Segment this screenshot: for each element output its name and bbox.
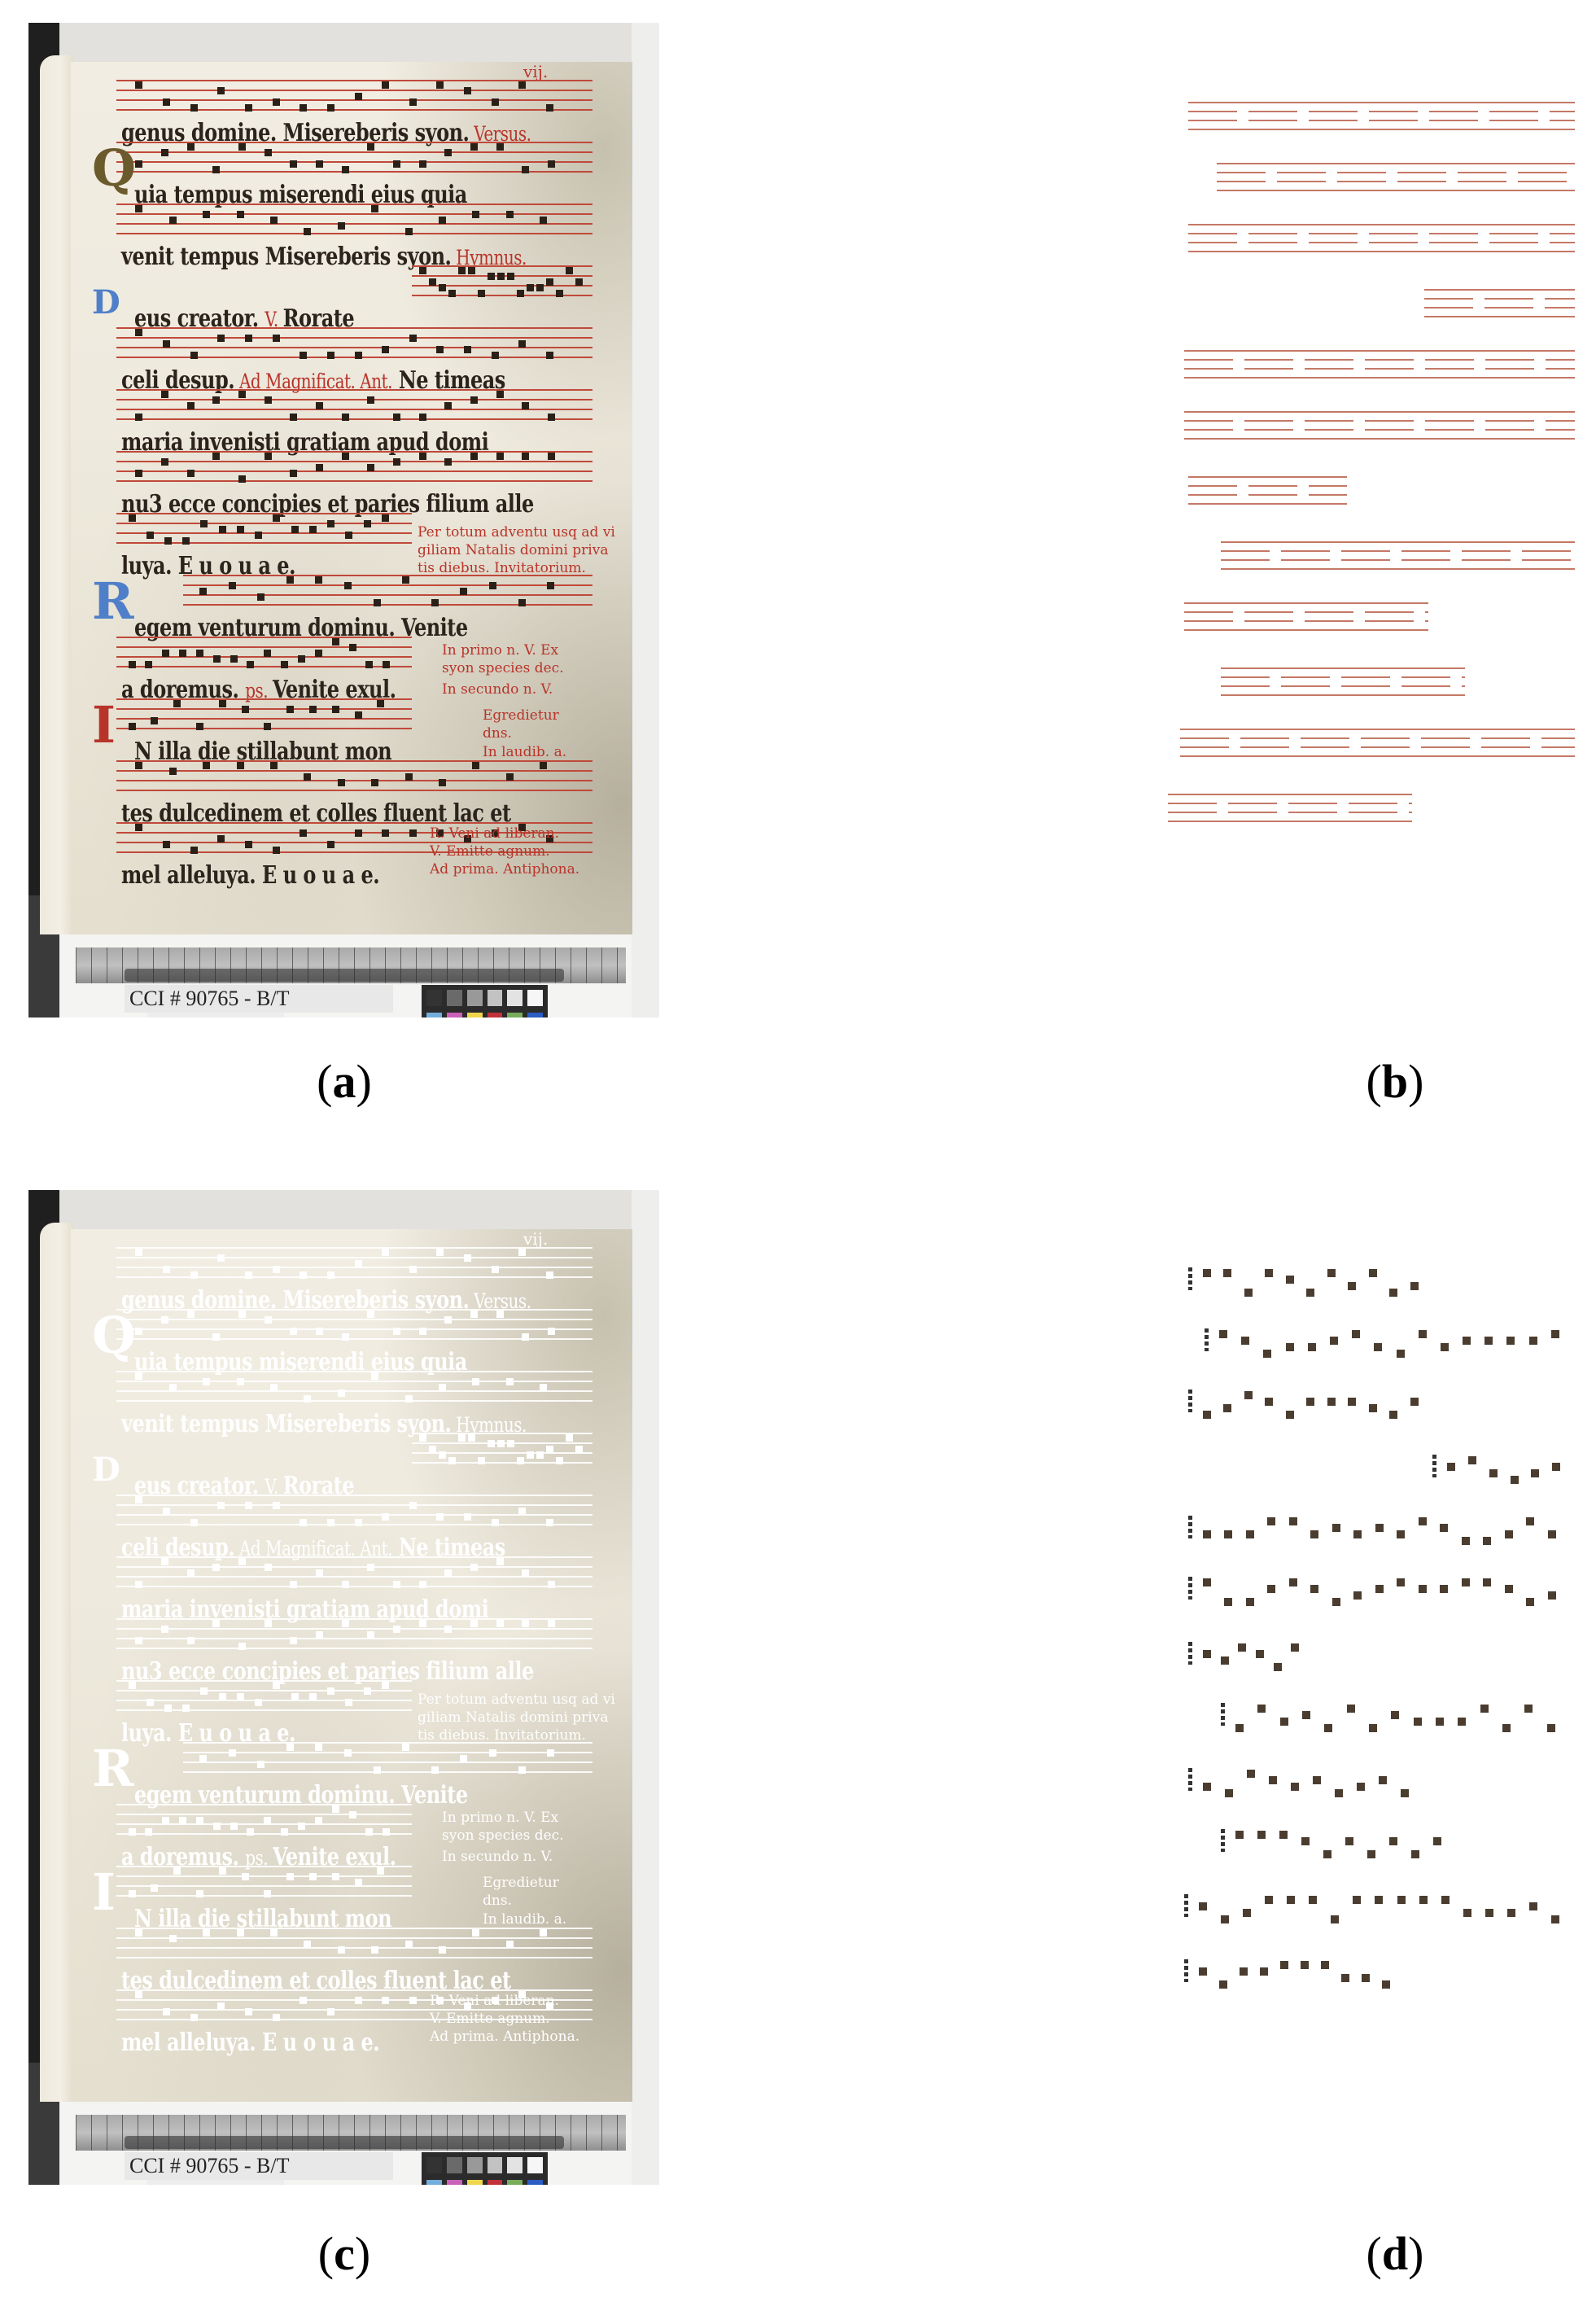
neume-note [355,1519,362,1526]
neume-note [1463,1909,1471,1917]
checker-swatch [507,2157,523,2173]
neume-note [429,278,436,286]
staff-line [116,698,412,700]
neume-note [286,1873,294,1880]
rubric-line: giliam Natalis domini priva [418,541,615,559]
neume-note [212,166,220,173]
panel-b-staff-lines [1156,90,1579,765]
extracted-notes-row [1205,1327,1583,1361]
neume-note [1353,1591,1362,1600]
neume-note [1310,1530,1318,1538]
neume-note [1531,1469,1539,1477]
neume-note [1341,1974,1349,1982]
neume-note [1348,1398,1356,1406]
neume-note [439,1451,446,1459]
staff [116,204,592,238]
staff-line [116,542,412,544]
neume-note [1247,1770,1255,1778]
neume-note [506,1378,514,1385]
neume-note [496,1620,504,1627]
background-top [59,1190,659,1232]
staff-line [116,1381,592,1382]
neume-note [265,149,272,156]
neume-note [1280,1961,1288,1969]
neume-note [355,1879,362,1886]
neume-note [444,149,452,156]
checker-swatch [488,2157,503,2173]
checker-swatch [467,2157,483,2173]
neume-note [470,453,478,460]
staff-line [1184,420,1575,422]
rubric-block: In primo n. V. Exsyon species dec. [442,641,564,677]
neume-note [518,599,526,606]
staff-line [116,1804,412,1805]
neume-note [489,1749,496,1757]
neume-note [393,414,400,421]
rubric-line: giliam Natalis domini priva [418,1709,615,1726]
rubric-line: In secundo n. V. [442,681,553,698]
neume-note [135,824,142,831]
neume-note [374,599,381,606]
checker-swatch [426,2180,442,2185]
color-checker [422,985,548,1018]
neume-note [1411,1850,1419,1858]
neume-note [1267,1585,1275,1593]
neume-note [304,773,311,781]
neume-note [448,290,456,297]
neume-note [382,1513,389,1521]
neume-note [1397,1578,1405,1586]
ms-row: tes dulcedinem et colles fluent lac et [116,760,592,822]
staff-line [1221,685,1465,687]
neume-note [1382,1980,1390,1989]
extracted-notes-row [1188,1575,1579,1609]
neume-note [237,1693,244,1700]
neume-note [300,1997,307,2004]
neume-note [300,352,307,359]
staff-line [1188,476,1347,478]
staff-line [116,1504,592,1506]
neume-note [522,453,529,460]
staff-line [1221,694,1465,696]
neume-note [237,762,244,769]
neume-note [169,1384,177,1391]
ms-row: celi desup. Ad Magnificat. Ant. Ne timea… [116,327,592,389]
neume-note [273,98,280,106]
neume-note [546,1446,553,1453]
neume-note [187,143,195,151]
staff-line [1221,667,1465,669]
neume-note [536,1451,544,1459]
neume-note [135,81,142,89]
neume-note [164,537,172,545]
staff-line [116,1257,592,1258]
neume-note [367,464,374,471]
neume-note [546,352,553,359]
neume-note [199,588,207,595]
neume-note [349,1811,356,1818]
neume-note [382,81,389,89]
neume-note [290,1581,297,1588]
neume-note [402,1744,409,1751]
neume-note [492,1519,499,1526]
neume-note [548,1620,555,1627]
staff-line [116,1628,592,1630]
staff-line [1184,429,1575,431]
staff-line [116,1566,592,1568]
ms-row: venit tempus Misereberis syon. Hymnus. [116,1371,592,1433]
lyric-text: mel alleluya. E u o u a e. [121,860,379,889]
staff-line [1188,102,1575,103]
neume-note [1324,1724,1332,1732]
staff [116,1928,592,1962]
rubric-block: Per totum adventu usq ad vigiliam Natali… [418,1691,615,1744]
rubric-block: Egredieturdns. [483,707,559,742]
neume-note [377,1867,384,1875]
rubric-block: Per totum adventu usq ad vigiliam Natali… [418,523,615,577]
neume-note [1410,1282,1419,1290]
staff-line [116,451,592,453]
ms-row: Quia tempus miserendi eius quia [116,1309,592,1371]
neume-note [290,1637,297,1644]
folio-number: vij. [523,1229,548,1249]
clef-icon [1184,1959,1188,1982]
neume-note [507,273,514,280]
neume-note [522,1620,529,1627]
staff [116,142,592,176]
neume-note [1468,1456,1476,1464]
neume-note [382,346,389,353]
neume-note [273,1502,280,1509]
shelfmark-label: QA L-7 R [147,1013,284,1018]
staff-line [1184,611,1428,613]
neume-note [187,470,195,477]
neume-note [212,1620,220,1627]
neume-note [309,526,317,533]
neume-note [217,335,225,342]
neume-note [517,290,524,297]
neume-note [1224,1530,1232,1538]
neume-note [135,762,142,769]
neume-note [488,1440,495,1447]
staff-line [1184,359,1575,361]
neume-note [1274,1663,1282,1671]
lyric-text: mel alleluya. E u o u a e. [121,2027,379,2056]
neume-note [265,1620,272,1627]
neume-note [315,1817,322,1824]
neume-note [298,1823,305,1830]
checker-swatch [467,1013,483,1018]
neume-note [270,217,278,224]
neume-note [245,104,252,112]
ruler-shadow [125,2136,564,2149]
neume-note [1224,1598,1232,1606]
neume-note [1286,1411,1294,1419]
neume-note [1306,1289,1314,1297]
clef-icon [1188,1267,1192,1290]
neume-note [163,2008,170,2015]
neume-note [1265,1269,1273,1277]
extracted-staff [1221,541,1575,574]
neume-note [1447,1463,1455,1471]
rubric-line: Egredietur [483,707,559,724]
neume-note [161,1626,168,1633]
neume-note [527,1451,534,1459]
neume-note [190,1271,198,1279]
neume-note [492,352,499,359]
staff-line [1184,377,1575,379]
neume-note [161,391,168,398]
checker-swatch [507,990,523,1006]
neume-note [213,1823,221,1830]
neume-note [1369,1404,1377,1412]
neume-note [1219,1980,1227,1989]
neume-note [522,166,529,173]
decorated-initial: R [92,1739,134,1798]
neume-note [1332,1524,1340,1532]
neume-note [135,1581,142,1588]
staff-line [1184,350,1575,352]
staff-line [116,151,592,153]
neume-note [1419,1517,1427,1525]
staff-line [116,399,592,400]
neume-note [129,1890,136,1897]
extracted-staff [1221,667,1465,700]
neume-note [245,2008,252,2015]
neume-note [203,1929,210,1937]
staff-line [116,1338,592,1340]
neume-note [163,340,170,348]
ms-row: nu3 ecce concipies et paries filium alle [116,1618,592,1680]
staff-line [1184,438,1575,440]
neume-note [365,661,373,668]
extracted-notes-row [1188,1388,1441,1422]
neume-note [169,217,177,224]
caption-b-letter: b [1382,1055,1408,1108]
staff-line [1188,242,1575,243]
neume-note [1410,1398,1419,1406]
neume-note [281,661,288,668]
neume-note [444,1626,452,1633]
neume-note [1309,1896,1317,1904]
staff-line [116,708,412,710]
staff-line [116,1319,592,1320]
neume-note [371,1946,378,1954]
neume-note [431,1766,439,1774]
ms-row: Regem venturum dominu. Venite [116,1742,592,1804]
neume-note [247,661,254,668]
neume-note [146,1699,154,1706]
neume-note [365,1828,373,1836]
neume-note [298,655,305,663]
caption-a: (a) [317,1054,372,1109]
clef-icon [1188,1390,1192,1412]
neume-note [1419,1585,1427,1593]
neume-note [1375,1585,1384,1593]
neume-note [458,267,466,274]
rubric-line: V. Emitte agnum. [430,842,579,860]
neume-note [1225,1789,1233,1797]
neume-note [1203,1411,1211,1419]
neume-note [1348,1282,1356,1290]
staff-line [116,1276,592,1278]
staff-line [1424,307,1575,309]
neume-note [327,841,335,848]
neume-note [431,599,439,606]
staff-line [1424,298,1575,300]
staff [116,1618,592,1652]
neume-note [1367,1850,1375,1858]
rubric-line: Ad prima. Antiphona. [430,2028,579,2046]
neume-note [1389,1289,1397,1297]
neume-note [1419,1896,1428,1904]
staff-line [116,646,412,648]
rubric-line: In primo n. V. Ex [442,641,564,659]
folio-number: vij. [523,62,548,81]
staff-line [1188,494,1347,496]
neume-note [238,143,246,151]
neume-note [575,278,583,286]
neume-note [187,1311,195,1318]
neume-note [203,211,210,218]
neume-note [1257,1831,1266,1839]
staff-line [116,1556,592,1558]
neume-note [196,1890,203,1897]
neume-note [1397,1896,1406,1904]
ms-row: nu3 ecce concipies et paries filium alle [116,451,592,513]
neume-note [182,1705,190,1712]
clef-icon [1188,1642,1192,1665]
neume-note [332,638,339,646]
neume-note [478,290,485,297]
checker-swatch [527,1013,543,1018]
staff-line [116,1648,592,1649]
neume-note [405,228,413,235]
facing-leaf [40,1223,74,2102]
staff-line [1168,794,1412,795]
checker-swatch [426,1013,442,1018]
neume-note [1203,1783,1211,1791]
neume-note [199,1755,207,1762]
extracted-staff [1217,163,1575,195]
staff [412,1433,592,1467]
neume-note [242,706,249,713]
neume-note [151,717,158,724]
neume-note [1203,1578,1211,1586]
checker-swatch [527,2180,543,2185]
rubric-block: In laudib. a. [483,743,566,761]
neume-note [344,582,352,589]
neume-note [1484,1337,1493,1345]
neume-note [1441,1896,1450,1904]
neume-note [213,655,221,663]
staff [116,1495,592,1529]
neume-note [548,160,555,168]
checker-swatch [507,2180,523,2185]
neume-note [382,1997,389,2004]
neume-note [290,470,297,477]
neume-note [1221,1915,1229,1923]
neume-note [419,414,426,421]
rubric-block: In primo n. V. Exsyon species dec. [442,1809,564,1845]
neume-note [245,841,252,848]
neume-note [237,1378,244,1385]
neume-note [364,1687,371,1695]
neume-note [190,847,198,854]
neume-note [255,532,262,539]
neume-note [1353,1896,1361,1904]
neume-note [316,1569,323,1577]
staff-line [1180,755,1575,757]
staff-line [116,780,592,781]
neume-note [1433,1837,1441,1845]
staff [116,1247,592,1281]
neume-note [419,453,426,460]
neume-note [444,458,452,466]
neume-note [1551,1915,1559,1923]
rubric-line: syon species dec. [442,1827,564,1845]
neume-note [1462,1537,1470,1545]
neume-note [448,1457,456,1464]
neume-note [1221,1656,1229,1665]
neume-note [409,1997,417,2004]
neume-note [566,267,573,274]
neume-note [1199,1967,1207,1976]
neume-note [1238,1643,1246,1652]
neume-note [212,453,220,460]
neume-note [316,1631,323,1639]
staff-line [1221,550,1575,552]
neume-note [439,1384,446,1391]
background-right [632,23,659,1018]
neume-note [238,1643,246,1650]
neume-note [374,1766,381,1774]
staff-line [116,480,592,482]
staff [116,1866,412,1900]
neume-note [338,779,345,786]
staff [116,80,592,114]
staff-line [116,461,592,462]
neume-note [540,762,547,769]
neume-note [556,290,563,297]
neume-note [382,829,389,837]
neume-note [182,537,190,545]
neume-note [489,582,496,589]
neume-note [1526,1517,1534,1525]
staff-line [1180,729,1575,730]
neume-note [345,532,352,539]
staff-line [1188,111,1575,112]
neume-note [1223,1269,1231,1277]
staff-line [116,161,592,163]
extracted-notes-row [1184,1958,1412,1992]
neume-note [393,1626,400,1633]
neume-note [290,160,297,168]
neume-note [190,1519,198,1526]
neume-note [1327,1269,1336,1277]
staff-line [1217,172,1575,173]
neume-note [135,1328,142,1335]
neume-note [1331,1915,1339,1923]
neume-note [1302,1711,1310,1719]
neume-note [327,352,335,359]
neume-note [1374,1343,1382,1351]
neume-note [470,143,478,151]
neume-note [342,1333,349,1341]
staff-line [116,1586,592,1587]
neume-note [496,143,504,151]
neume-note [488,273,495,280]
